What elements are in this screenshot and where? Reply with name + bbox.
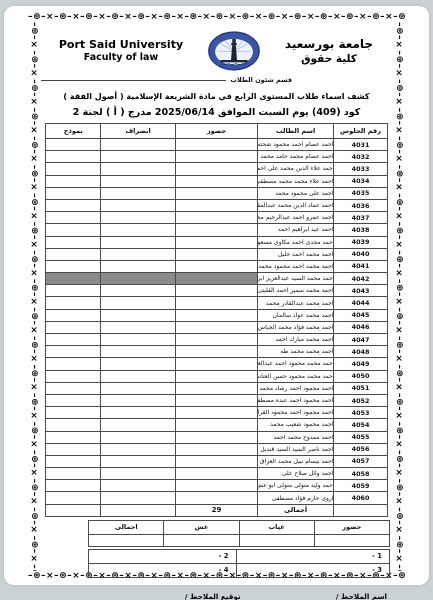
seat-number-cell: 4040 <box>334 248 387 260</box>
student-name-cell: احمد على محمود محمد <box>257 187 334 199</box>
student-name-cell: احمد محمد محمد طه <box>257 346 334 358</box>
leave-cell <box>101 273 176 285</box>
seat-number-cell: 4052 <box>334 394 387 406</box>
table-row: احمد محمد عواد سالمان4045 <box>46 309 387 321</box>
note-number-left: - 4 <box>89 563 236 577</box>
table-row: احمد وليد متولى متولى ابو عش4059 <box>46 480 387 492</box>
summary-value-cell <box>89 534 164 546</box>
student-name-cell: احمد مجدى احمد مكاوى مسعود <box>257 236 334 248</box>
table-row: احمد محمد محمد طه4048 <box>46 346 387 358</box>
form-cell <box>46 236 101 248</box>
page: { "header": { "university_en": "Port Sai… <box>0 0 433 600</box>
leave-cell <box>101 455 176 467</box>
attendance-cell <box>176 492 258 504</box>
ornament-border-left: –⊛–×–⊛–×–⊛–×–⊛–×–⊛–×–⊛–×–⊛–×–⊛–×–⊛–×–⊛–×… <box>28 22 40 571</box>
seat-number-cell: 4050 <box>334 370 387 382</box>
student-name-cell: اروى حازم فؤاد مصطفى <box>257 492 334 504</box>
leave-cell <box>101 382 176 394</box>
total-seat-cell <box>334 504 387 516</box>
leave-cell <box>101 443 176 455</box>
table-row: احمد محمد فؤاد محمد الجباس4046 <box>46 321 387 333</box>
leave-cell <box>101 260 176 272</box>
table-row: احمد ممدوح محمد احمد4055 <box>46 431 387 443</box>
seat-number-cell: 4035 <box>334 187 387 199</box>
summary-header-row: اجمالىغشغيابحضور <box>89 520 390 534</box>
student-name-cell: احمد محمد احمد محمود محمد الصاوي <box>257 260 334 272</box>
attendance-cell <box>176 260 258 272</box>
leave-cell <box>101 419 176 431</box>
attendance-cell <box>176 273 258 285</box>
sheet-content: Port Said University Faculty of law <box>41 23 392 570</box>
leave-cell <box>101 248 176 260</box>
student-name-cell: احمد علاء الدين محمد على احمد <box>257 163 334 175</box>
observer-signature-label: توقيع الملاحظ / <box>185 592 241 600</box>
student-name-cell: احمد ناصر السيد السيد قنديل <box>257 443 334 455</box>
leave-cell <box>101 480 176 492</box>
observer-name-label: اسم الملاحظ / <box>336 592 387 600</box>
attendance-cell <box>176 455 258 467</box>
attendance-cell <box>176 309 258 321</box>
attendance-cell <box>176 370 258 382</box>
student-name-cell: احمد وائل صلاح على <box>257 468 334 480</box>
seat-number-cell: 4033 <box>334 163 387 175</box>
student-name-cell: احمد محمود احمد محمود القراعى <box>257 407 334 419</box>
leave-cell <box>101 370 176 382</box>
form-cell <box>46 309 101 321</box>
attendance-cell <box>176 175 258 187</box>
student-name-cell: احمد محمد فؤاد محمد الجباس <box>257 321 334 333</box>
student-name-cell: احمد عصام احمد محمود شحته <box>257 139 334 151</box>
leave-cell <box>101 407 176 419</box>
table-row: احمد محمد محمود حسن العتانى4050 <box>46 370 387 382</box>
form-cell <box>46 151 101 163</box>
leave-cell <box>101 163 176 175</box>
attendance-cell <box>176 199 258 211</box>
university-en-line: Port Said University <box>45 38 197 52</box>
sheet-subtitle: كود (409) يوم السبت الموافق 2025/06/14 م… <box>41 106 392 119</box>
table-row: احمد عصام احمد محمود شحته4031 <box>46 139 387 151</box>
attendance-cell <box>176 407 258 419</box>
student-name-cell: احمد محمد احمد خليل <box>257 248 334 260</box>
leave-cell <box>101 212 176 224</box>
student-name-cell: احمد عصام محمد حامد محمد <box>257 151 334 163</box>
leave-cell <box>101 358 176 370</box>
leave-cell <box>101 151 176 163</box>
table-row: احمد مجدى احمد مكاوى مسعود4039 <box>46 236 387 248</box>
form-cell <box>46 334 101 346</box>
attendance-cell <box>176 358 258 370</box>
seat-number-cell: 4057 <box>334 455 387 467</box>
leave-header: انصراف <box>101 124 176 139</box>
seat-number-header: رقم الجلوس <box>334 124 387 139</box>
form-cell <box>46 394 101 406</box>
table-row: احمد وائل صلاح على4058 <box>46 468 387 480</box>
table-row: احمد محمود شعيب محمد4054 <box>46 419 387 431</box>
attendance-cell <box>176 321 258 333</box>
table-row: احمد عيد ابراهيم احمد4038 <box>46 224 387 236</box>
student-name-cell: احمد علاء محمد محمد مصطفى <box>257 175 334 187</box>
form-cell <box>46 431 101 443</box>
table-row: احمد محمد السيد عبدالعزيز ابراهيم4042 <box>46 273 387 285</box>
document-sheet: –⊛–×–⊛–×–⊛–×–⊛–×–⊛–×–⊛–×–⊛–×–⊛–×–⊛–×–⊛–×… <box>4 6 429 585</box>
table-row: احمد ناصر السيد السيد قنديل4056 <box>46 443 387 455</box>
form-cell <box>46 321 101 333</box>
table-row: احمد محمود احمد محمود القراعى4053 <box>46 407 387 419</box>
students-table-head: نموذج انصراف حضور اسم الطالب رقم الجلوس <box>46 124 387 139</box>
form-cell <box>46 419 101 431</box>
form-cell <box>46 492 101 504</box>
student-name-cell: احمد محمد محمود احمد عبدالعال <box>257 358 334 370</box>
attendance-cell <box>176 163 258 175</box>
numbered-note-row: - 4- 3 <box>89 563 390 577</box>
form-cell <box>46 187 101 199</box>
seat-number-cell: 4059 <box>334 480 387 492</box>
seat-number-cell: 4053 <box>334 407 387 419</box>
summary-value-cell <box>164 534 239 546</box>
department-label: قسم شئون الطلاب <box>230 76 292 84</box>
seat-number-cell: 4042 <box>334 273 387 285</box>
attendance-cell <box>176 468 258 480</box>
leave-cell <box>101 224 176 236</box>
totals-tbody: 29 أجمالى <box>46 504 387 516</box>
table-row: احمد محمد عبدالقادر محمد4044 <box>46 297 387 309</box>
attendance-cell <box>176 394 258 406</box>
leave-cell <box>101 492 176 504</box>
form-cell <box>46 285 101 297</box>
summary-header-cell: اجمالى <box>89 520 164 534</box>
attendance-header: حضور <box>176 124 258 139</box>
student-name-cell: احمد عيد ابراهيم احمد <box>257 224 334 236</box>
summary-empty-row <box>89 534 390 546</box>
table-row: احمد علاء محمد محمد مصطفى4034 <box>46 175 387 187</box>
faculty-ar-line: كلية حقوق <box>270 52 388 66</box>
student-name-cell: احمد محمود احمد عبده مصطفى <box>257 394 334 406</box>
table-row: احمد علاء الدين محمد على احمد4033 <box>46 163 387 175</box>
attendance-cell <box>176 248 258 260</box>
table-row: احمد محمد محمود احمد عبدالعال4049 <box>46 358 387 370</box>
table-row: احمد محمد سمير احمد القليتى4043 <box>46 285 387 297</box>
table-row: احمد على محمود محمد4035 <box>46 187 387 199</box>
numbered-note-row: - 2- 1 <box>89 549 390 563</box>
form-cell <box>46 455 101 467</box>
attendance-cell <box>176 480 258 492</box>
seat-number-cell: 4031 <box>334 139 387 151</box>
seat-number-cell: 4041 <box>334 260 387 272</box>
student-name-cell: احمد نيسام نبيل محمد العزاق <box>257 455 334 467</box>
attendance-cell <box>176 151 258 163</box>
seat-number-cell: 4051 <box>334 382 387 394</box>
seat-number-cell: 4037 <box>334 212 387 224</box>
seat-number-cell: 4044 <box>334 297 387 309</box>
leave-cell <box>101 199 176 211</box>
leave-cell <box>101 236 176 248</box>
leave-cell <box>101 175 176 187</box>
form-cell <box>46 346 101 358</box>
student-name-cell: احمد محمد محمود حسن العتانى <box>257 370 334 382</box>
seat-number-cell: 4055 <box>334 431 387 443</box>
form-header: نموذج <box>46 124 101 139</box>
form-cell <box>46 407 101 419</box>
summary-body <box>89 534 390 546</box>
leave-cell <box>101 139 176 151</box>
form-cell <box>46 139 101 151</box>
attendance-cell <box>176 212 258 224</box>
student-name-cell: احمد محمود شعيب محمد <box>257 419 334 431</box>
ornament-border-right: –⊛–×–⊛–×–⊛–×–⊛–×–⊛–×–⊛–×–⊛–×–⊛–×–⊛–×–⊛–×… <box>393 22 405 571</box>
form-cell <box>46 443 101 455</box>
signature-row: اسم الملاحظ / توقيع الملاحظ / <box>41 592 392 600</box>
total-label-cell: أجمالى <box>257 504 334 516</box>
seat-number-cell: 4043 <box>334 285 387 297</box>
summary-header-cell: غش <box>164 520 239 534</box>
numbered-notes-body: - 2- 1- 4- 3 <box>89 549 390 577</box>
attendance-cell <box>176 334 258 346</box>
form-cell <box>46 480 101 492</box>
seat-number-cell: 4049 <box>334 358 387 370</box>
attendance-cell <box>176 236 258 248</box>
form-cell <box>46 370 101 382</box>
numbered-notes-table: - 2- 1- 4- 3 <box>88 549 390 578</box>
seat-number-cell: 4046 <box>334 321 387 333</box>
note-number-left: - 2 <box>89 549 236 563</box>
ornament-border-top: –⊛–×–⊛–×–⊛–×–⊛–×–⊛–×–⊛–×–⊛–×–⊛–×–⊛–×–⊛–×… <box>28 11 405 23</box>
seat-number-cell: 4038 <box>334 224 387 236</box>
leave-cell <box>101 309 176 321</box>
student-name-cell: احمد محمود احمد رشاد محمد <box>257 382 334 394</box>
university-logo <box>207 29 261 73</box>
letterhead: Port Said University Faculty of law <box>41 29 392 73</box>
student-name-cell: احمد ممدوح محمد احمد <box>257 431 334 443</box>
seat-number-cell: 4048 <box>334 346 387 358</box>
form-cell <box>46 382 101 394</box>
form-cell <box>46 175 101 187</box>
attendance-cell <box>176 224 258 236</box>
summary-head: اجمالىغشغيابحضور <box>89 520 390 534</box>
form-cell <box>46 468 101 480</box>
seat-number-cell: 4060 <box>334 492 387 504</box>
attendance-cell <box>176 419 258 431</box>
form-cell <box>46 358 101 370</box>
faculty-en-line: Faculty of law <box>45 52 197 64</box>
table-row: اروى حازم فؤاد مصطفى4060 <box>46 492 387 504</box>
student-name-cell: احمد عماد الدين محمد عبدالمقصود <box>257 199 334 211</box>
divider-line <box>41 80 226 81</box>
total-leave-cell <box>101 504 176 516</box>
department-rule: قسم شئون الطلاب <box>41 75 392 85</box>
seat-number-cell: 4047 <box>334 334 387 346</box>
form-cell <box>46 260 101 272</box>
attendance-cell <box>176 382 258 394</box>
seat-number-cell: 4034 <box>334 175 387 187</box>
summary-header-cell: حضور <box>314 520 389 534</box>
students-table: نموذج انصراف حضور اسم الطالب رقم الجلوس … <box>45 123 387 517</box>
total-form-cell <box>46 504 101 516</box>
table-row: احمد نيسام نبيل محمد العزاق4057 <box>46 455 387 467</box>
student-name-cell: احمد محمد سمير احمد القليتى <box>257 285 334 297</box>
form-cell <box>46 297 101 309</box>
leave-cell <box>101 285 176 297</box>
form-cell <box>46 224 101 236</box>
seat-number-cell: 4056 <box>334 443 387 455</box>
seat-number-cell: 4039 <box>334 236 387 248</box>
table-row: احمد محمد احمد خليل4040 <box>46 248 387 260</box>
form-cell <box>46 212 101 224</box>
attendance-cell <box>176 187 258 199</box>
university-name-english: Port Said University Faculty of law <box>45 38 197 64</box>
student-name-cell: احمد محمد عبدالقادر محمد <box>257 297 334 309</box>
student-name-cell: احمد محمد مبارك احمد <box>257 334 334 346</box>
total-attendance-value: 29 <box>176 504 258 516</box>
leave-cell <box>101 334 176 346</box>
total-row: 29 أجمالى <box>46 504 387 516</box>
student-name-cell: احمد عمرو احمد عبدالرحيم محمد <box>257 212 334 224</box>
table-row: احمد عمرو احمد عبدالرحيم محمد4037 <box>46 212 387 224</box>
university-ar-line: جامعة بورسعيد <box>270 37 388 52</box>
leave-cell <box>101 187 176 199</box>
note-number-right: - 1 <box>236 549 389 563</box>
decorative-frame: –⊛–×–⊛–×–⊛–×–⊛–×–⊛–×–⊛–×–⊛–×–⊛–×–⊛–×–⊛–×… <box>28 11 405 582</box>
summary-value-cell <box>314 534 389 546</box>
student-name-cell: احمد محمد عواد سالمان <box>257 309 334 321</box>
leave-cell <box>101 297 176 309</box>
leave-cell <box>101 346 176 358</box>
summary-value-cell <box>239 534 314 546</box>
attendance-cell <box>176 297 258 309</box>
students-tbody: احمد عصام احمد محمود شحته4031احمد عصام م… <box>46 139 387 505</box>
summary-header-cell: غياب <box>239 520 314 534</box>
form-cell <box>46 248 101 260</box>
seat-number-cell: 4058 <box>334 468 387 480</box>
table-row: احمد محمود احمد رشاد محمد4051 <box>46 382 387 394</box>
attendance-cell <box>176 285 258 297</box>
seat-number-cell: 4032 <box>334 151 387 163</box>
sheet-title: كشف اسماء طلاب المستوى الرابع في مادة ال… <box>41 91 392 102</box>
leave-cell <box>101 321 176 333</box>
attendance-cell <box>176 443 258 455</box>
student-name-header: اسم الطالب <box>257 124 334 139</box>
leave-cell <box>101 468 176 480</box>
form-cell <box>46 273 101 285</box>
table-row: احمد محمد مبارك احمد4047 <box>46 334 387 346</box>
seat-number-cell: 4054 <box>334 419 387 431</box>
table-row: احمد عماد الدين محمد عبدالمقصود4036 <box>46 199 387 211</box>
student-name-cell: احمد وليد متولى متولى ابو عش <box>257 480 334 492</box>
seat-number-cell: 4045 <box>334 309 387 321</box>
table-row: احمد عصام محمد حامد محمد4032 <box>46 151 387 163</box>
summary-table: اجمالىغشغيابحضور <box>88 520 390 547</box>
attendance-cell <box>176 139 258 151</box>
form-cell <box>46 163 101 175</box>
header-row: نموذج انصراف حضور اسم الطالب رقم الجلوس <box>46 124 387 139</box>
student-name-cell: احمد محمد السيد عبدالعزيز ابراهيم <box>257 273 334 285</box>
note-number-right: - 3 <box>236 563 389 577</box>
form-cell <box>46 199 101 211</box>
attendance-cell <box>176 346 258 358</box>
table-row: احمد محمد احمد محمود محمد الصاوي4041 <box>46 260 387 272</box>
leave-cell <box>101 394 176 406</box>
table-row: احمد محمود احمد عبده مصطفى4052 <box>46 394 387 406</box>
university-name-arabic: جامعة بورسعيد كلية حقوق <box>270 37 388 66</box>
attendance-cell <box>176 431 258 443</box>
seat-number-cell: 4036 <box>334 199 387 211</box>
leave-cell <box>101 431 176 443</box>
